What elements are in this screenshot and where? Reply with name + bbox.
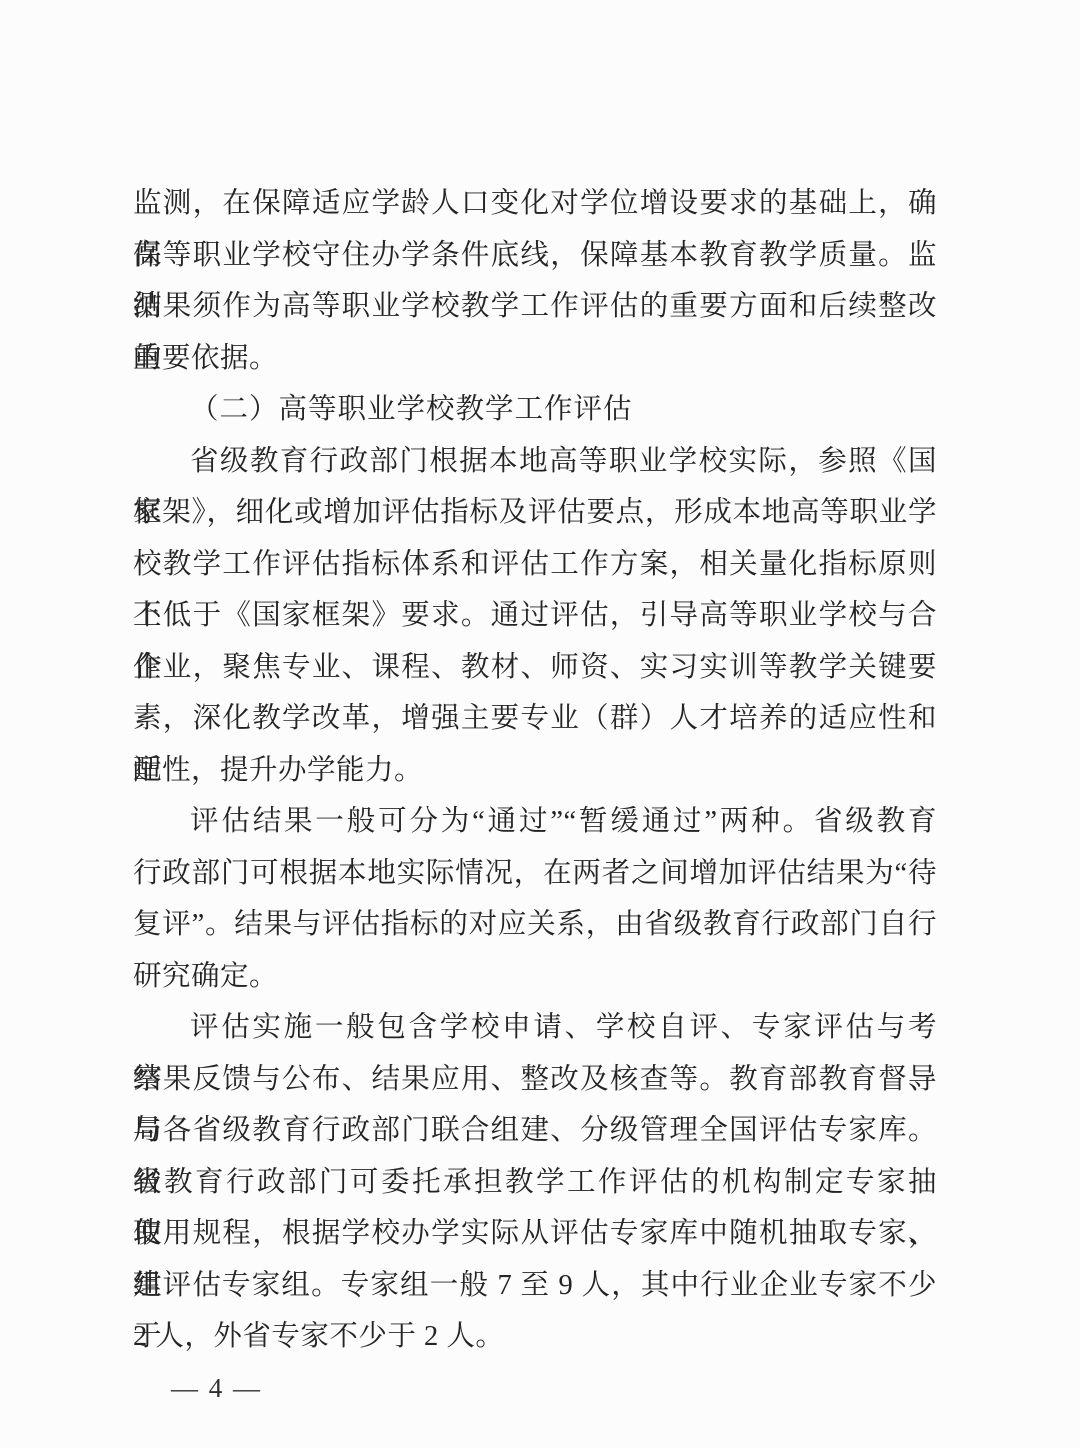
text-line: 框架》，细化或增加评估指标及评估要点，形成本地高等职业学	[133, 487, 937, 539]
text-line: 校教学工作评估指标体系和评估工作方案，相关量化指标原则上	[133, 539, 937, 591]
page-number: — 4 —	[133, 1363, 937, 1415]
text-line: 评估结果一般可分为“通过”“暂缓通过”两种。省级教育	[133, 796, 937, 848]
text-line: 素，深化教学改革，增强主要专业（群）人才培养的适应性和适	[133, 693, 937, 745]
text-line: 级教育行政部门可委托承担教学工作评估的机构制定专家抽取、	[133, 1157, 937, 1209]
text-line: 省级教育行政部门根据本地高等职业学校实际，参照《国家	[133, 436, 937, 488]
text-line: 2 人，外省专家不少于 2 人。	[133, 1311, 937, 1363]
text-line: 研究确定。	[133, 951, 937, 1003]
text-line: 使用规程，根据学校办学实际从评估专家库中随机抽取专家，组	[133, 1208, 937, 1260]
text-line: 评估实施一般包含学校申请、学校自评、专家评估与考察、	[133, 1002, 937, 1054]
text-line: 结果反馈与公布、结果应用、整改及核查等。教育部教育督导局	[133, 1054, 937, 1106]
text-line: 重要依据。	[133, 333, 937, 385]
text-line: 监测，在保障适应学龄人口变化对学位增设要求的基础上，确保	[133, 178, 937, 230]
text-line: 不低于《国家框架》要求。通过评估，引导高等职业学校与合作	[133, 590, 937, 642]
text-line: 与各省级教育行政部门联合组建、分级管理全国评估专家库。省	[133, 1105, 937, 1157]
text-line: 结果须作为高等职业学校教学工作评估的重要方面和后续整改的	[133, 281, 937, 333]
text-line: 复评”。结果与评估指标的对应关系，由省级教育行政部门自行	[133, 899, 937, 951]
text-line: 高等职业学校守住办学条件底线，保障基本教育教学质量。监测	[133, 230, 937, 282]
document-page: 监测，在保障适应学龄人口变化对学位增设要求的基础上，确保高等职业学校守住办学条件…	[0, 0, 1080, 1448]
document-text-block: 监测，在保障适应学龄人口变化对学位增设要求的基础上，确保高等职业学校守住办学条件…	[133, 178, 937, 1363]
text-line: 建评估专家组。专家组一般 7 至 9 人，其中行业企业专家不少于	[133, 1260, 937, 1312]
text-line: 企业，聚焦专业、课程、教材、师资、实习实训等教学关键要	[133, 642, 937, 694]
text-line: 配性，提升办学能力。	[133, 745, 937, 797]
section-heading: （二）高等职业学校教学工作评估	[133, 384, 937, 436]
text-line: 行政部门可根据本地实际情况，在两者之间增加评估结果为“待	[133, 848, 937, 900]
